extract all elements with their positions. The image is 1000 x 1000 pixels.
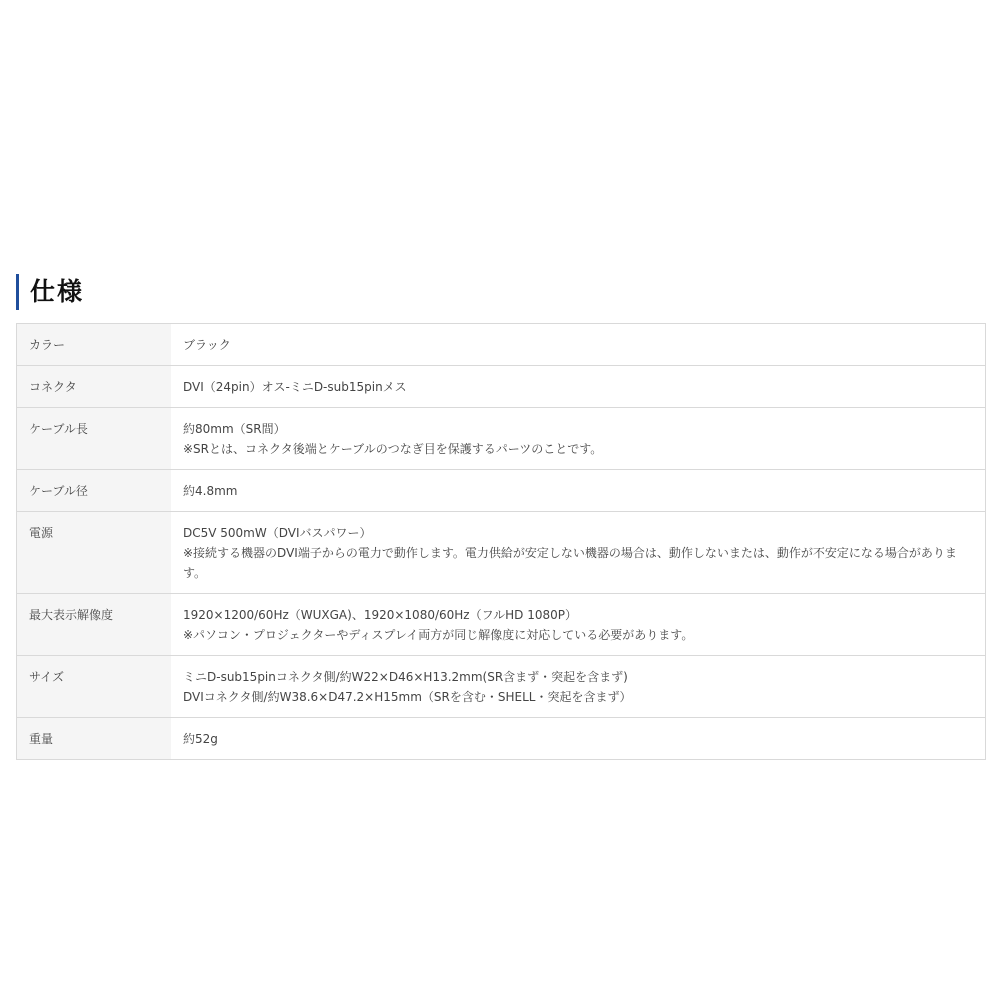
row-label: コネクタ [17, 366, 172, 408]
row-value: ブラック [171, 324, 986, 366]
table-row-color: カラー ブラック [17, 324, 986, 366]
value-line: 約4.8mm [183, 481, 973, 501]
table-row-connector: コネクタ DVI（24pin）オス-ミニD-sub15pinメス [17, 366, 986, 408]
spec-section: 仕様 カラー ブラック コネクタ DVI（24pin）オス-ミニD-sub15p… [16, 272, 986, 760]
table-row-max-resolution: 最大表示解像度 1920×1200/60Hz（WUXGA)、1920×1080/… [17, 594, 986, 656]
value-line: 1920×1200/60Hz（WUXGA)、1920×1080/60Hz（フルH… [183, 605, 973, 625]
row-value: ミニD-sub15pinコネクタ側/約W22×D46×H13.2mm(SR含まず… [171, 656, 986, 718]
table-row-size: サイズ ミニD-sub15pinコネクタ側/約W22×D46×H13.2mm(S… [17, 656, 986, 718]
row-value: 約52g [171, 718, 986, 760]
value-line: 約80mm（SR間） [183, 419, 973, 439]
row-value: DVI（24pin）オス-ミニD-sub15pinメス [171, 366, 986, 408]
row-label: 重量 [17, 718, 172, 760]
row-value: 約4.8mm [171, 470, 986, 512]
value-note: ※パソコン・プロジェクターやディスプレイ両方が同じ解像度に対応している必要があり… [183, 625, 973, 645]
value-line: DVIコネクタ側/約W38.6×D47.2×H15mm（SRを含む・SHELL・… [183, 687, 973, 707]
value-line: ブラック [183, 335, 973, 355]
row-value: 1920×1200/60Hz（WUXGA)、1920×1080/60Hz（フルH… [171, 594, 986, 656]
table-row-cable-length: ケーブル長 約80mm（SR間） ※SRとは、コネクタ後端とケーブルのつなぎ目を… [17, 408, 986, 470]
row-label: ケーブル長 [17, 408, 172, 470]
row-label: 最大表示解像度 [17, 594, 172, 656]
row-label: カラー [17, 324, 172, 366]
table-row-cable-diameter: ケーブル径 約4.8mm [17, 470, 986, 512]
section-title: 仕様 [30, 277, 84, 306]
row-label: ケーブル径 [17, 470, 172, 512]
value-note: ※SRとは、コネクタ後端とケーブルのつなぎ目を保護するパーツのことです。 [183, 439, 973, 459]
value-line: DVI（24pin）オス-ミニD-sub15pinメス [183, 377, 973, 397]
table-row-power: 電源 DC5V 500mW（DVIバスパワー） ※接続する機器のDVI端子からの… [17, 512, 986, 594]
row-label: サイズ [17, 656, 172, 718]
value-line: ミニD-sub15pinコネクタ側/約W22×D46×H13.2mm(SR含まず… [183, 667, 973, 687]
value-line: 約52g [183, 729, 973, 749]
table-row-weight: 重量 約52g [17, 718, 986, 760]
row-value: 約80mm（SR間） ※SRとは、コネクタ後端とケーブルのつなぎ目を保護するパー… [171, 408, 986, 470]
spec-table: カラー ブラック コネクタ DVI（24pin）オス-ミニD-sub15pinメ… [16, 323, 986, 760]
row-value: DC5V 500mW（DVIバスパワー） ※接続する機器のDVI端子からの電力で… [171, 512, 986, 594]
value-line: DC5V 500mW（DVIバスパワー） [183, 523, 973, 543]
section-heading: 仕様 [16, 272, 986, 312]
value-note: ※接続する機器のDVI端子からの電力で動作します。電力供給が安定しない機器の場合… [183, 543, 973, 583]
row-label: 電源 [17, 512, 172, 594]
heading-accent-bar [16, 274, 19, 310]
